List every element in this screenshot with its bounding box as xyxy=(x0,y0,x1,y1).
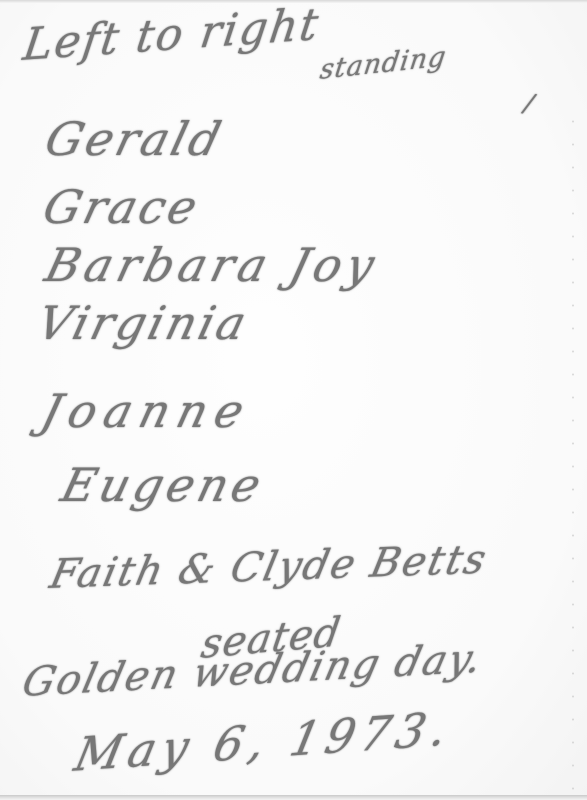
standing-name: Eugene xyxy=(56,458,270,512)
bottom-edge-shadow xyxy=(0,795,587,800)
standing-name: Joanne xyxy=(36,384,258,438)
standing-name: Barbara Joy xyxy=(40,238,385,292)
standing-name: Grace xyxy=(38,180,206,234)
standing-name: Virginia xyxy=(32,296,255,350)
standing-name: Gerald xyxy=(40,112,229,166)
right-edge-specks xyxy=(570,110,576,790)
